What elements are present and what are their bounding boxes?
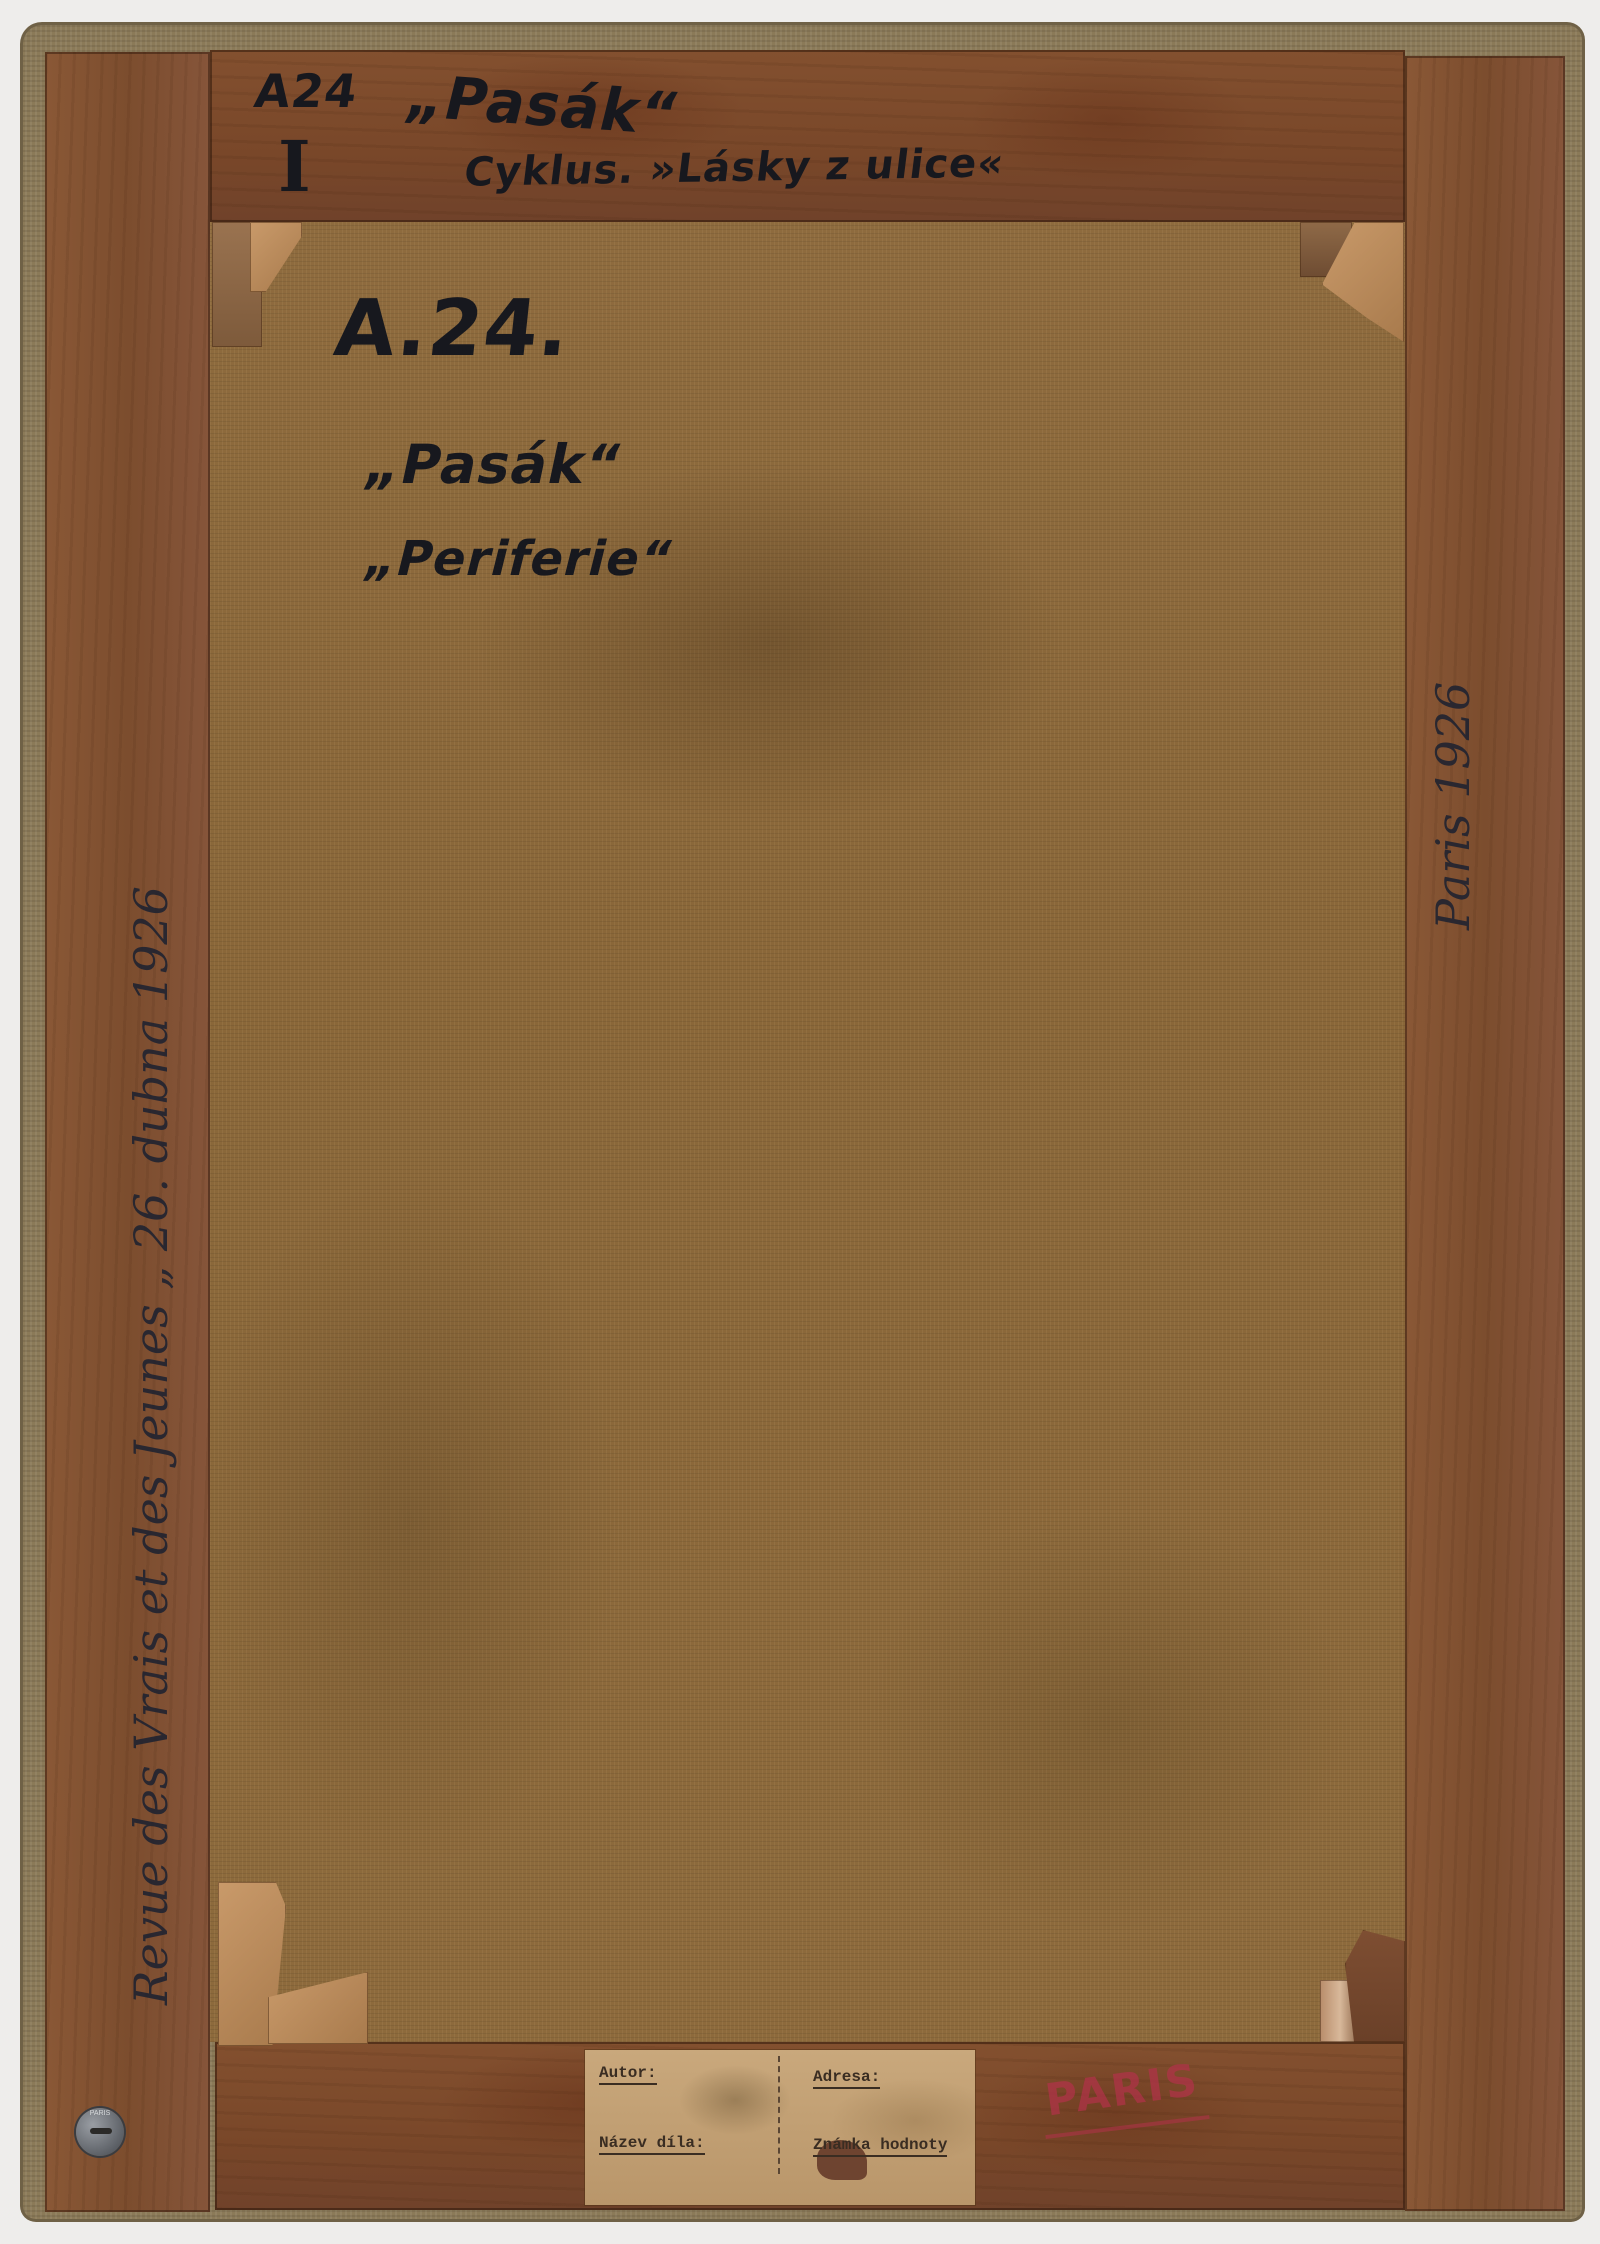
canvas-title-line-1: „Pasák“ xyxy=(359,438,628,492)
stretcher-crossbar-top xyxy=(210,50,1405,222)
label-stamp-field: Známka hodnoty xyxy=(813,2136,947,2157)
metal-tag-slot xyxy=(90,2128,112,2134)
metal-tag-text: PARIS xyxy=(76,2110,124,2117)
stretcher-bar-right xyxy=(1405,56,1565,2211)
exhibition-label: Autor: Adresa: Název díla: Známka hodnot… xyxy=(585,2050,975,2205)
label-address-field: Adresa: xyxy=(813,2068,880,2089)
left-bar-inscription: Revue des Vrais et des Jeunes „ 26. dubn… xyxy=(128,886,174,2005)
label-divider xyxy=(778,2056,780,2174)
label-author-field: Autor: xyxy=(599,2064,657,2085)
corner-wedge-bottom-right xyxy=(1345,1930,1405,2042)
metal-maker-tag-icon: PARIS xyxy=(76,2108,124,2156)
crossbar-title: „Pasák“ xyxy=(400,66,686,143)
canvas-inventory-number: A.24. xyxy=(331,290,574,368)
crossbar-cycle: Cyklus. »Lásky z ulice« xyxy=(462,143,1007,192)
crossbar-inventory-number: A24 xyxy=(252,68,361,114)
crossbar-roman-numeral: I xyxy=(278,132,312,202)
label-title-field: Název díla: xyxy=(599,2134,705,2155)
canvas-title-line-2: „Periferie“ xyxy=(359,535,679,583)
right-bar-inscription: Paris 1926 xyxy=(1430,682,1476,930)
